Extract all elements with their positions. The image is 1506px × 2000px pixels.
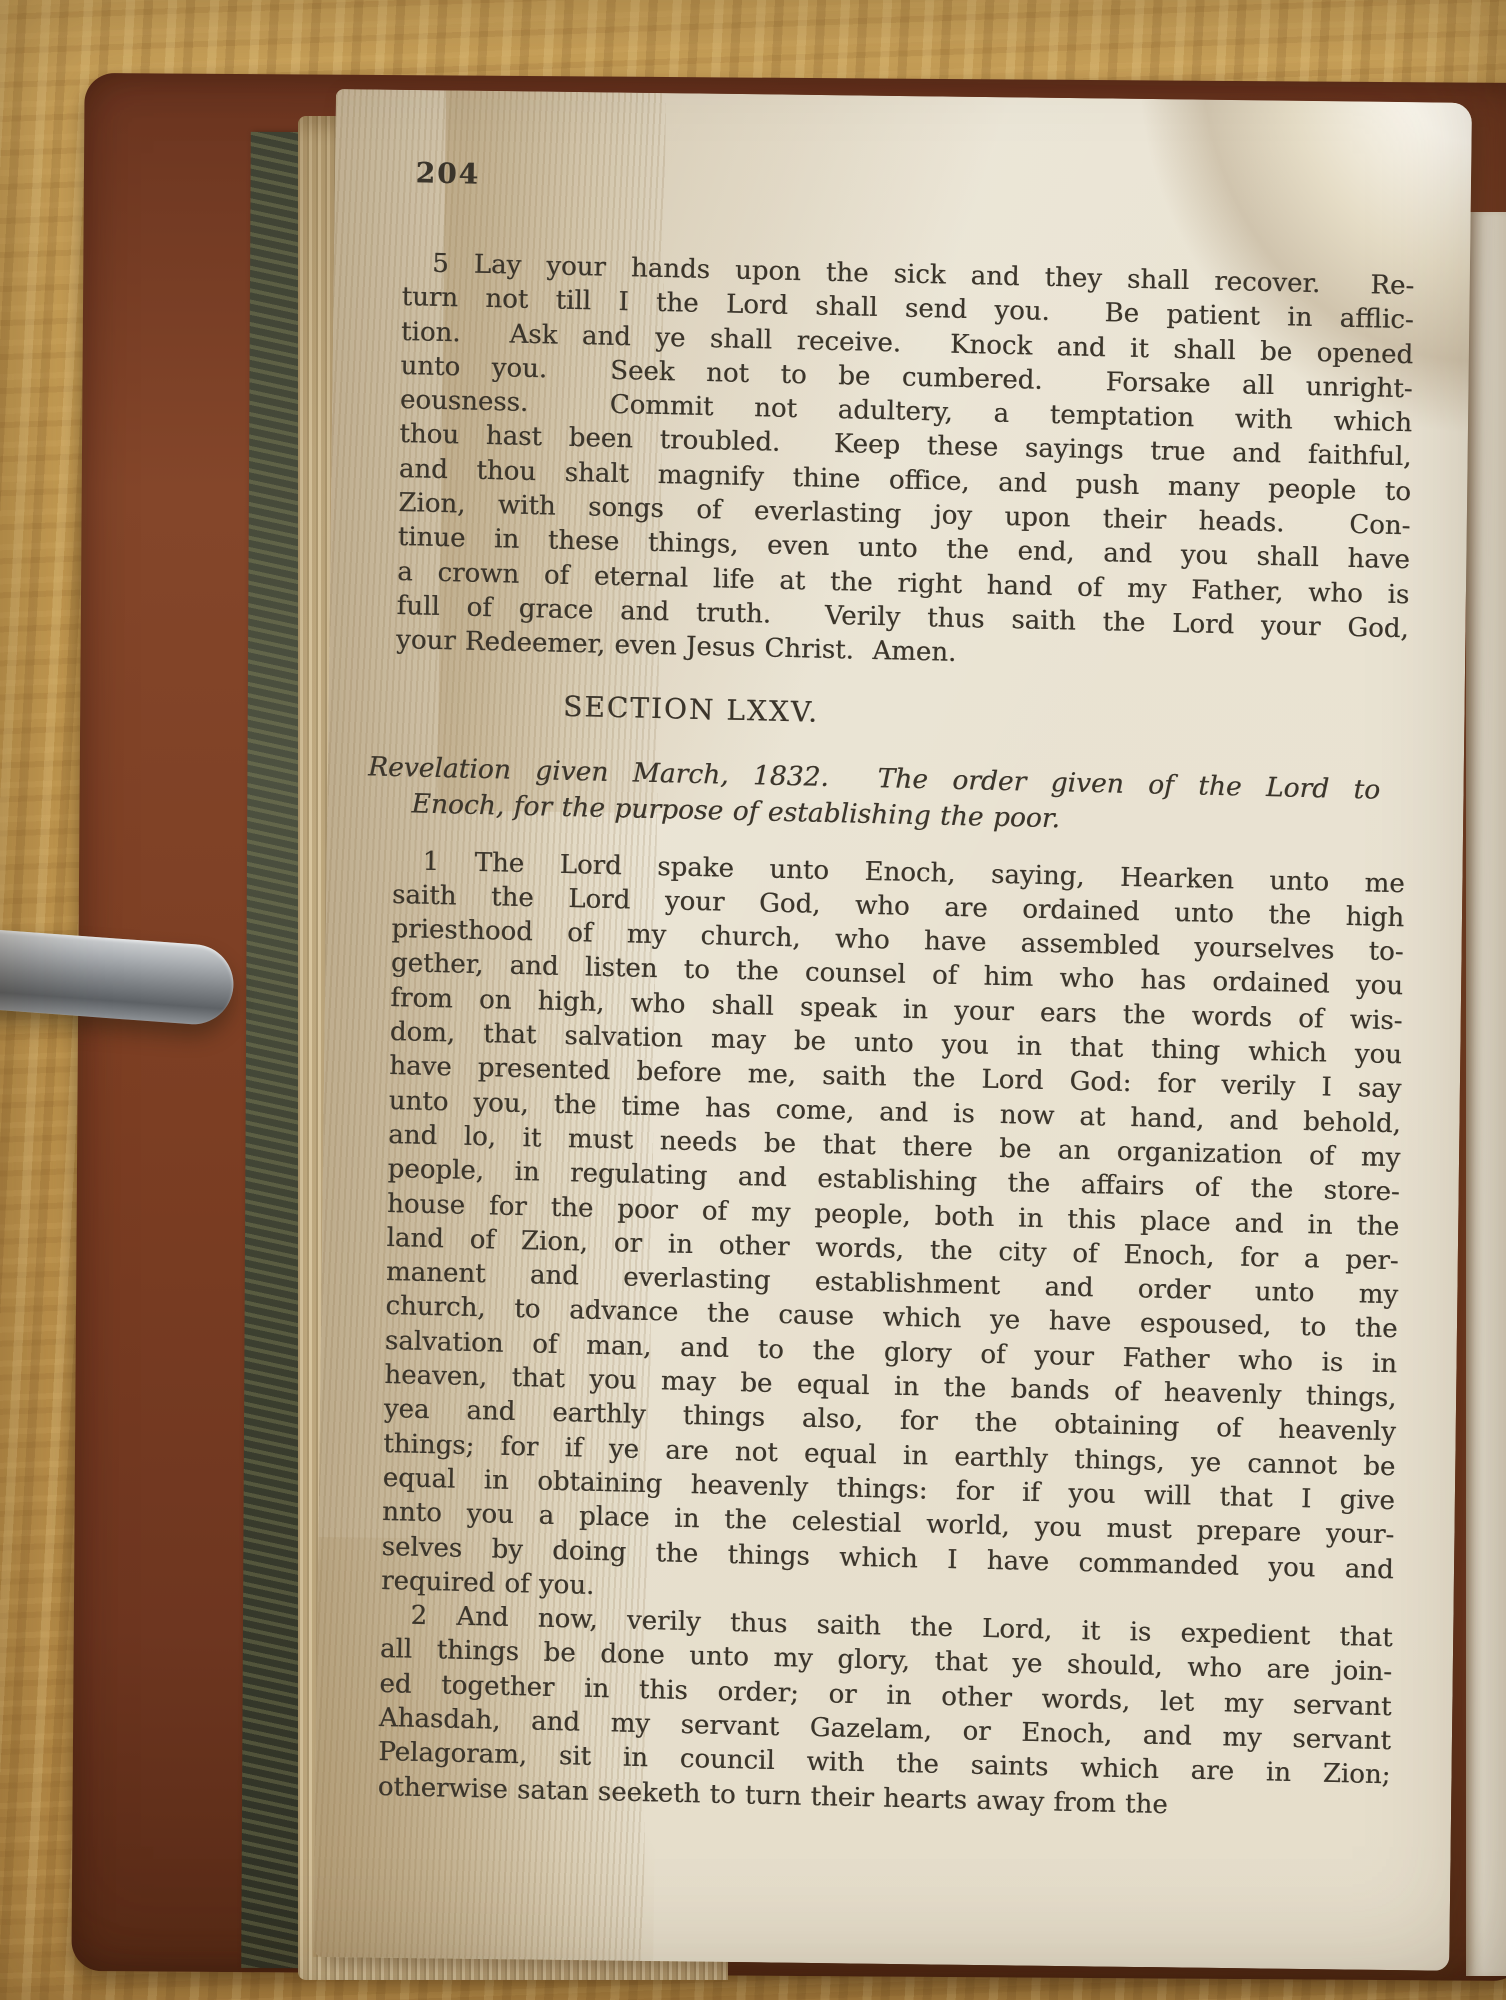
facing-page-sliver	[1466, 212, 1506, 1976]
paragraph-2: 2 And now, verily thus saith the Lord, i…	[378, 1598, 1393, 1827]
section-heading: SECTION LXXV.	[563, 687, 819, 731]
section-headnote: Revelation given March, 1832. The order …	[367, 749, 1380, 844]
photo-scene: 204 5 Lay your hands upon the sick and t…	[0, 0, 1506, 2000]
paragraph-1: 1 The Lord spake unto Enoch, saying, Hea…	[381, 844, 1405, 1622]
paragraph-5: 5 Lay your hands upon the sick and they …	[396, 246, 1415, 681]
page-text: 204 5 Lay your hands upon the sick and t…	[378, 156, 1416, 1827]
